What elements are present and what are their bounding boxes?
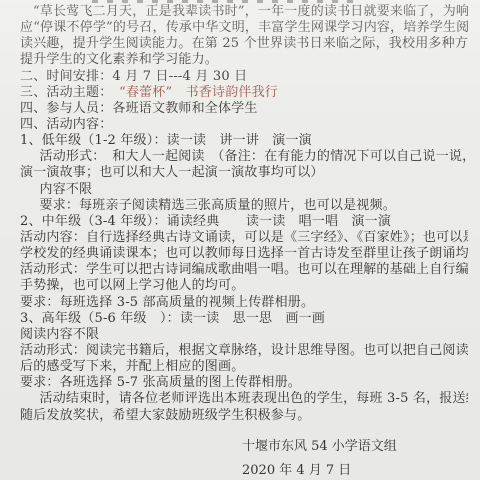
text-segment: 活动形式： 和大人一起阅读 （备注：在有能力的情况下可以自己说一说，: [40, 149, 469, 164]
signature-date: 2020 年 4 月 7 日: [242, 464, 397, 478]
text-line: 内容不限: [20, 182, 468, 198]
text-segment: 学校发的经典诵读课本；也可以教师每日选择一首古诗发至群里让孩子朗诵均可。: [20, 246, 468, 261]
text-line: 3、高年级（5-6 年级 ）：读一读 思一思 画一画: [20, 311, 468, 327]
signature-org: 十堰市东风 54 小学语文组: [242, 440, 397, 454]
text-segment: 手势操，也可以网上学习他人的均可。: [20, 278, 244, 293]
text-segment: 内容不限: [40, 182, 93, 197]
text-line: 活动形式：阅读完书籍后，根据文章脉络，设计思维导图。也可以把自己阅读完: [20, 343, 468, 359]
text-segment: 二、时间安排：4 月 7 日---4 月 30 日: [20, 69, 247, 84]
text-segment: 三、活动主题：: [20, 85, 119, 100]
text-line: 手势操，也可以网上学习他人的均可。: [20, 278, 468, 294]
text-segment: 读兴趣，提升学生阅读能力。在第 25 个世界读书日来临之际，我校用多种方式: [20, 36, 468, 51]
text-segment: 后的感受写下来，并配上相应的图画。: [20, 359, 244, 374]
text-line: 读兴趣，提升学生阅读能力。在第 25 个世界读书日来临之际，我校用多种方式: [20, 36, 468, 52]
text-segment: 活动内容：自行选择经典古诗文诵读，可以是《三字经》、《百家姓》；也可以是: [20, 230, 468, 245]
text-line: 三、活动主题： “春蕾杯” 书香诗韵伴我行: [20, 85, 468, 101]
text-segment: 活动形式：学生可以把古诗词编成歌曲唱一唱。也可以在理解的基础上自行编排: [20, 262, 468, 277]
text-segment: 应“停课不停学”的号召，传承中华文明，丰富学生网课学习内容，培养学生阅: [20, 20, 468, 35]
text-segment: 要求：每班亲子阅读精选三张高质量的照片，也可以是视频。: [40, 198, 396, 213]
text-line: 四、活动内容：: [20, 117, 468, 133]
text-segment: 提升学生的文化素养和学习能力。: [20, 52, 218, 67]
text-segment: 2、中年级（3-4 年级）：诵读经典 读一读 唱一唱 演一演: [20, 214, 391, 229]
text-line: 1、低年级（1-2 年级）：读一读 讲一讲 演一演: [20, 133, 468, 149]
text-line: 活动结束时，请各位老师评选出本班表现出色的学生，每班 3-5 名，报送给我，: [20, 391, 468, 407]
document-page: “草长莺飞二月天，正是我辈读书时”，一年一度的读书日就要来临了，为响应“停课不停…: [0, 0, 480, 480]
text-segment: 1、低年级（1-2 年级）：读一读 讲一讲 演一演: [20, 133, 312, 148]
text-line: 要求：每班亲子阅读精选三张高质量的照片，也可以是视频。: [20, 198, 468, 214]
document-body: “草长莺飞二月天，正是我辈读书时”，一年一度的读书日就要来临了，为响应“停课不停…: [20, 4, 468, 424]
text-line: “草长莺飞二月天，正是我辈读书时”，一年一度的读书日就要来临了，为响: [20, 4, 468, 20]
text-segment: 演一演故事；也可以和大人一起演一演故事均可以）: [20, 165, 324, 180]
text-line: 2、中年级（3-4 年级）：诵读经典 读一读 唱一唱 演一演: [20, 214, 468, 230]
text-segment: 活动结束时，请各位老师评选出本班表现出色的学生，每班 3-5 名，报送给我，: [40, 391, 469, 406]
text-line: 应“停课不停学”的号召，传承中华文明，丰富学生网课学习内容，培养学生阅: [20, 20, 468, 36]
text-line: 演一演故事；也可以和大人一起演一演故事均可以）: [20, 165, 468, 181]
text-segment: 四、参与人员：各班语文教师和全体学生: [20, 101, 258, 116]
text-line: 活动内容：自行选择经典古诗文诵读，可以是《三字经》、《百家姓》；也可以是: [20, 230, 468, 246]
text-segment: “草长莺飞二月天，正是我辈读书时”，一年一度的读书日就要来临了，为响: [33, 4, 468, 19]
text-segment: 3、高年级（5-6 年级 ）：读一读 思一思 画一画: [20, 311, 325, 326]
text-line: 活动形式： 和大人一起阅读 （备注：在有能力的情况下可以自己说一说，: [20, 149, 468, 165]
text-segment: 活动形式：阅读完书籍后，根据文章脉络，设计思维导图。也可以把自己阅读完: [20, 343, 468, 358]
text-segment: 随后发放奖状，希望大家鼓励班级学生积极参与。: [20, 408, 310, 423]
text-line: 学校发的经典诵读课本；也可以教师每日选择一首古诗发至群里让孩子朗诵均可。: [20, 246, 468, 262]
text-line: 二、时间安排：4 月 7 日---4 月 30 日: [20, 69, 468, 85]
text-line: 活动形式：学生可以把古诗词编成歌曲唱一唱。也可以在理解的基础上自行编排: [20, 262, 468, 278]
text-line: 随后发放奖状，希望大家鼓励班级学生积极参与。: [20, 408, 468, 424]
text-line: 阅读内容不限: [20, 327, 468, 343]
text-segment: 阅读内容不限: [20, 327, 99, 342]
signature-block: 十堰市东风 54 小学语文组 2020 年 4 月 7 日: [242, 440, 397, 478]
text-segment: 要求：各班选择 5-7 张高质量的图上传群相册。: [20, 375, 301, 390]
text-line: 提升学生的文化素养和学习能力。: [20, 52, 468, 68]
text-line: 四、参与人员：各班语文教师和全体学生: [20, 101, 468, 117]
text-line: 后的感受写下来，并配上相应的图画。: [20, 359, 468, 375]
text-line: 要求：各班选择 5-7 张高质量的图上传群相册。: [20, 375, 468, 391]
highlighted-text-segment: “春蕾杯” 书香诗韵伴我行: [119, 85, 278, 100]
text-segment: 四、活动内容：: [20, 117, 112, 132]
text-line: 要求：每班选择 3-5 部高质量的视频上传群相册。: [20, 295, 468, 311]
text-segment: 要求：每班选择 3-5 部高质量的视频上传群相册。: [20, 295, 314, 310]
clipped-line-fragment: [92, 0, 362, 3]
